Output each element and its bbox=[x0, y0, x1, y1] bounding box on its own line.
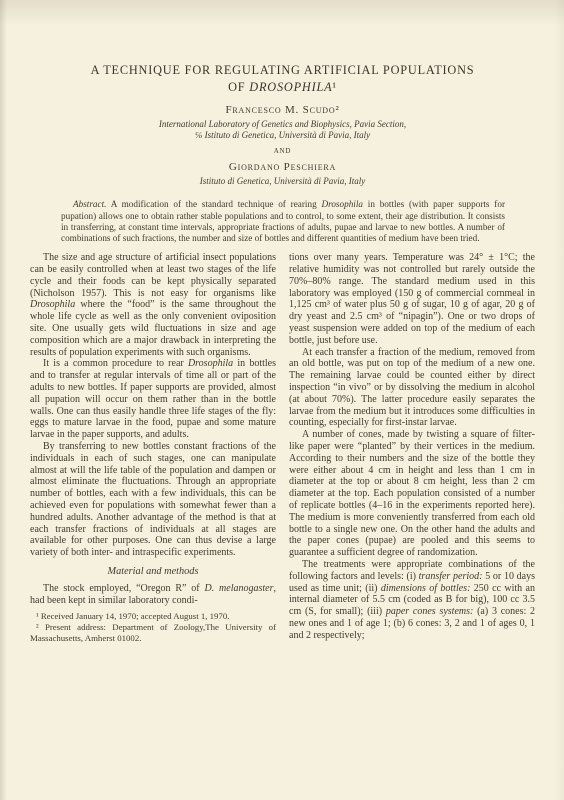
page-content: A TECHNIQUE FOR REGULATING ARTIFICIAL PO… bbox=[0, 0, 564, 643]
left-column: The size and age structure of artificial… bbox=[30, 252, 276, 643]
two-column-body: The size and age structure of artificial… bbox=[30, 252, 535, 643]
author-name-2: Giordano Peschiera bbox=[30, 161, 535, 174]
footnote-present-address: ² Present address: Department of Zoology… bbox=[30, 622, 276, 643]
body-paragraph-transfer: By transferring to new bottles constant … bbox=[30, 441, 276, 559]
author-conjunction: and bbox=[30, 146, 535, 157]
body-paragraph-intro: The size and age structure of artificial… bbox=[30, 252, 276, 358]
author-name-1: Francesco M. Scudo² bbox=[30, 104, 535, 117]
title-line-2: OF DROSOPHILA¹ bbox=[30, 79, 535, 96]
affiliation-1-line-1: International Laboratory of Genetics and… bbox=[30, 119, 535, 130]
article-title: A TECHNIQUE FOR REGULATING ARTIFICIAL PO… bbox=[30, 62, 535, 96]
footnotes: ¹ Received January 14, 1970; accepted Au… bbox=[30, 611, 276, 643]
scanned-paper-page: A TECHNIQUE FOR REGULATING ARTIFICIAL PO… bbox=[0, 0, 564, 800]
right-column: tions over many years. Temperature was 2… bbox=[289, 252, 535, 643]
article-header: A TECHNIQUE FOR REGULATING ARTIFICIAL PO… bbox=[30, 62, 535, 187]
footnote-received: ¹ Received January 14, 1970; accepted Au… bbox=[30, 611, 276, 622]
abstract-paragraph: Abstract. A modification of the standard… bbox=[61, 199, 505, 244]
body-paragraph-medium-transfer: At each transfer a fraction of the mediu… bbox=[289, 347, 535, 430]
body-paragraph-procedure: It is a common procedure to rear Drosoph… bbox=[30, 358, 276, 441]
affiliation-1: International Laboratory of Genetics and… bbox=[30, 119, 535, 141]
affiliation-1-line-2: ℅ Istituto di Genetica, Università di Pa… bbox=[30, 130, 535, 141]
body-paragraph-treatments: The treatments were appropriate combinat… bbox=[289, 559, 535, 642]
section-heading-material-and-methods: Material and methods bbox=[30, 566, 276, 578]
body-paragraph-cones: A number of cones, made by twisting a sq… bbox=[289, 429, 535, 559]
affiliation-2: Istituto di Genetica, Università di Pavi… bbox=[30, 176, 535, 187]
title-line-1: A TECHNIQUE FOR REGULATING ARTIFICIAL PO… bbox=[30, 62, 535, 79]
body-paragraph-conditions: tions over many years. Temperature was 2… bbox=[289, 252, 535, 346]
body-paragraph-stock: The stock employed, “Oregon R” of D. mel… bbox=[30, 583, 276, 607]
